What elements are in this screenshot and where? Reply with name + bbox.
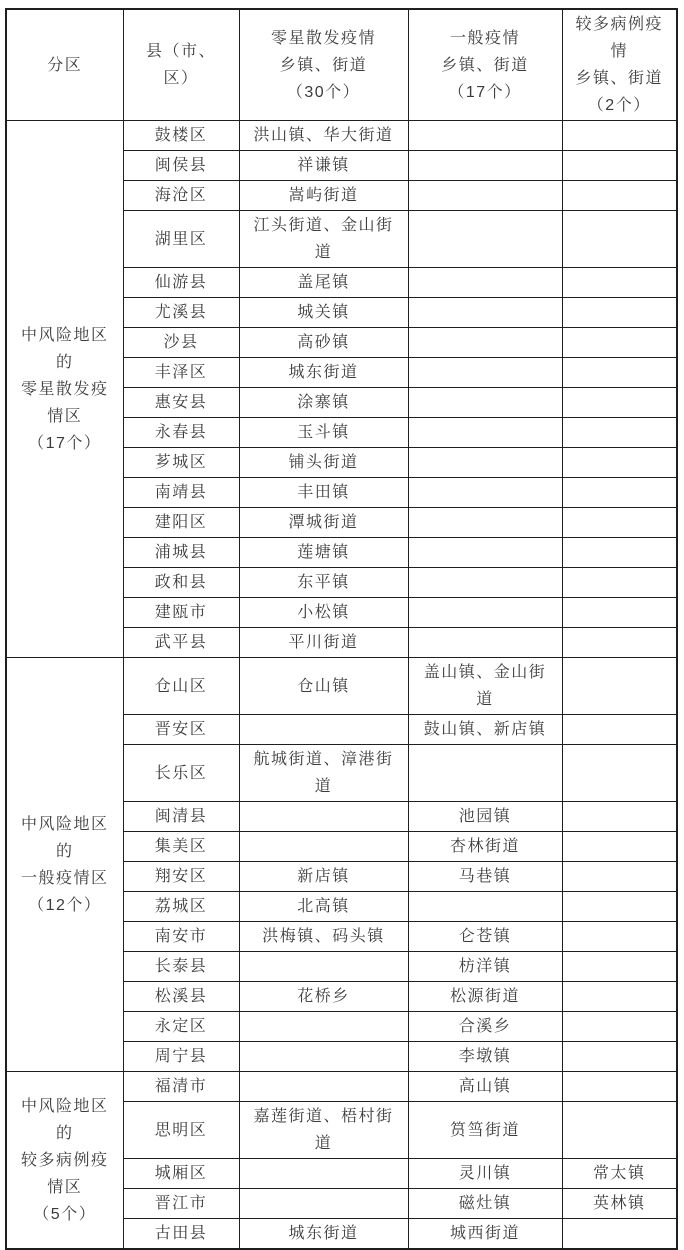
table-row: 中风险地区 的 较多病例疫 情区 （5个）福清市高山镇 [6,1072,677,1102]
table-row: 中风险地区 的 一般疫情区 （12个）仓山区仓山镇盖山镇、金山街 道 [6,658,677,715]
many-cell [562,121,677,151]
header-division: 分区 [6,9,123,121]
many-cell [562,1072,677,1102]
general-cell [408,418,562,448]
sporadic-cell: 花桥乡 [239,982,408,1012]
general-cell: 高山镇 [408,1072,562,1102]
many-cell [562,1012,677,1042]
header-row: 分区 县（市、 区） 零星散发疫情 乡镇、街道 （30个） 一般疫情 乡镇、街道… [6,9,677,121]
county-cell: 周宁县 [123,1042,239,1072]
sporadic-cell [239,1072,408,1102]
county-cell: 闽清县 [123,802,239,832]
many-cell [562,298,677,328]
section-label: 中风险地区 的 零星散发疫 情区 （17个） [6,121,123,658]
sporadic-cell: 城东街道 [239,358,408,388]
county-cell: 惠安县 [123,388,239,418]
general-cell [408,598,562,628]
general-cell: 筼筜街道 [408,1102,562,1159]
county-cell: 荔城区 [123,892,239,922]
general-cell [408,745,562,802]
sporadic-cell: 城关镇 [239,298,408,328]
general-cell: 盖山镇、金山街 道 [408,658,562,715]
sporadic-cell: 高砂镇 [239,328,408,358]
many-cell [562,388,677,418]
general-cell [408,478,562,508]
general-cell [408,508,562,538]
county-cell: 鼓楼区 [123,121,239,151]
sporadic-cell: 祥谦镇 [239,151,408,181]
many-cell [562,892,677,922]
many-cell [562,862,677,892]
sporadic-cell [239,952,408,982]
general-cell: 磁灶镇 [408,1189,562,1219]
many-cell [562,151,677,181]
sporadic-cell: 洪梅镇、码头镇 [239,922,408,952]
many-cell [562,568,677,598]
many-cell: 常太镇 [562,1159,677,1189]
many-cell [562,922,677,952]
many-cell [562,598,677,628]
header-county: 县（市、 区） [123,9,239,121]
general-cell [408,151,562,181]
many-cell [562,211,677,268]
many-cell [562,802,677,832]
county-cell: 海沧区 [123,181,239,211]
county-cell: 思明区 [123,1102,239,1159]
county-cell: 尤溪县 [123,298,239,328]
many-cell [562,448,677,478]
general-cell [408,211,562,268]
sporadic-cell [239,832,408,862]
sporadic-cell [239,1042,408,1072]
general-cell [408,568,562,598]
county-cell: 建瓯市 [123,598,239,628]
sporadic-cell: 航城街道、漳港街 道 [239,745,408,802]
sporadic-cell: 洪山镇、华大街道 [239,121,408,151]
sporadic-cell [239,715,408,745]
county-cell: 闽侯县 [123,151,239,181]
general-cell [408,268,562,298]
county-cell: 集美区 [123,832,239,862]
county-cell: 晋安区 [123,715,239,745]
general-cell [408,328,562,358]
section-label: 中风险地区 的 一般疫情区 （12个） [6,658,123,1072]
county-cell: 建阳区 [123,508,239,538]
county-cell: 永春县 [123,418,239,448]
page: 分区 县（市、 区） 零星散发疫情 乡镇、街道 （30个） 一般疫情 乡镇、街道… [0,0,684,1183]
header-many-cases: 较多病例疫 情 乡镇、街道 （2个） [562,9,677,121]
many-cell: 英林镇 [562,1189,677,1219]
sporadic-cell: 铺头街道 [239,448,408,478]
county-cell: 芗城区 [123,448,239,478]
general-cell: 池园镇 [408,802,562,832]
many-cell [562,715,677,745]
general-cell: 枋洋镇 [408,952,562,982]
many-cell [562,832,677,862]
sporadic-cell: 莲塘镇 [239,538,408,568]
sporadic-cell: 平川街道 [239,628,408,658]
county-cell: 仓山区 [123,658,239,715]
county-cell: 南安市 [123,922,239,952]
many-cell [562,181,677,211]
county-cell: 政和县 [123,568,239,598]
county-cell: 福清市 [123,1072,239,1102]
many-cell [562,628,677,658]
header-general-outbreak: 一般疫情 乡镇、街道 （17个） [408,9,562,121]
sporadic-cell [239,802,408,832]
county-cell: 武平县 [123,628,239,658]
sporadic-cell: 潭城街道 [239,508,408,538]
many-cell [562,478,677,508]
county-cell: 长泰县 [123,952,239,982]
header-sporadic-outbreak: 零星散发疫情 乡镇、街道 （30个） [239,9,408,121]
general-cell [408,121,562,151]
many-cell [562,1219,677,1250]
general-cell: 合溪乡 [408,1012,562,1042]
sporadic-cell: 涂寨镇 [239,388,408,418]
general-cell [408,298,562,328]
general-cell: 松源街道 [408,982,562,1012]
county-cell: 丰泽区 [123,358,239,388]
sporadic-cell: 玉斗镇 [239,418,408,448]
sporadic-cell: 嵩屿街道 [239,181,408,211]
general-cell: 灵川镇 [408,1159,562,1189]
county-cell: 湖里区 [123,211,239,268]
general-cell [408,181,562,211]
county-cell: 长乐区 [123,745,239,802]
table-body: 中风险地区 的 零星散发疫 情区 （17个）鼓楼区洪山镇、华大街道闽侯县祥谦镇海… [6,121,677,1250]
general-cell: 鼓山镇、新店镇 [408,715,562,745]
county-cell: 南靖县 [123,478,239,508]
general-cell [408,892,562,922]
sporadic-cell: 北高镇 [239,892,408,922]
general-cell: 马巷镇 [408,862,562,892]
section-label: 中风险地区 的 较多病例疫 情区 （5个） [6,1072,123,1250]
general-cell [408,358,562,388]
general-cell: 城西街道 [408,1219,562,1250]
table-row: 中风险地区 的 零星散发疫 情区 （17个）鼓楼区洪山镇、华大街道 [6,121,677,151]
general-cell [408,628,562,658]
county-cell: 城厢区 [123,1159,239,1189]
sporadic-cell: 丰田镇 [239,478,408,508]
county-cell: 沙县 [123,328,239,358]
sporadic-cell: 城东街道 [239,1219,408,1250]
many-cell [562,982,677,1012]
county-cell: 永定区 [123,1012,239,1042]
many-cell [562,658,677,715]
county-cell: 浦城县 [123,538,239,568]
county-cell: 松溪县 [123,982,239,1012]
sporadic-cell: 东平镇 [239,568,408,598]
many-cell [562,1102,677,1159]
sporadic-cell: 嘉莲街道、梧村街 道 [239,1102,408,1159]
table-header: 分区 县（市、 区） 零星散发疫情 乡镇、街道 （30个） 一般疫情 乡镇、街道… [6,9,677,121]
sporadic-cell: 小松镇 [239,598,408,628]
many-cell [562,538,677,568]
risk-area-table: 分区 县（市、 区） 零星散发疫情 乡镇、街道 （30个） 一般疫情 乡镇、街道… [5,8,678,1250]
county-cell: 晋江市 [123,1189,239,1219]
general-cell: 李墩镇 [408,1042,562,1072]
sporadic-cell: 仓山镇 [239,658,408,715]
sporadic-cell [239,1012,408,1042]
sporadic-cell: 江头街道、金山街 道 [239,211,408,268]
sporadic-cell [239,1189,408,1219]
many-cell [562,1042,677,1072]
general-cell [408,388,562,418]
general-cell: 杏林街道 [408,832,562,862]
many-cell [562,952,677,982]
county-cell: 翔安区 [123,862,239,892]
many-cell [562,328,677,358]
sporadic-cell [239,1159,408,1189]
sporadic-cell: 盖尾镇 [239,268,408,298]
general-cell [408,538,562,568]
many-cell [562,508,677,538]
general-cell [408,448,562,478]
county-cell: 仙游县 [123,268,239,298]
many-cell [562,268,677,298]
many-cell [562,418,677,448]
sporadic-cell: 新店镇 [239,862,408,892]
many-cell [562,745,677,802]
many-cell [562,358,677,388]
general-cell: 仑苍镇 [408,922,562,952]
county-cell: 古田县 [123,1219,239,1250]
